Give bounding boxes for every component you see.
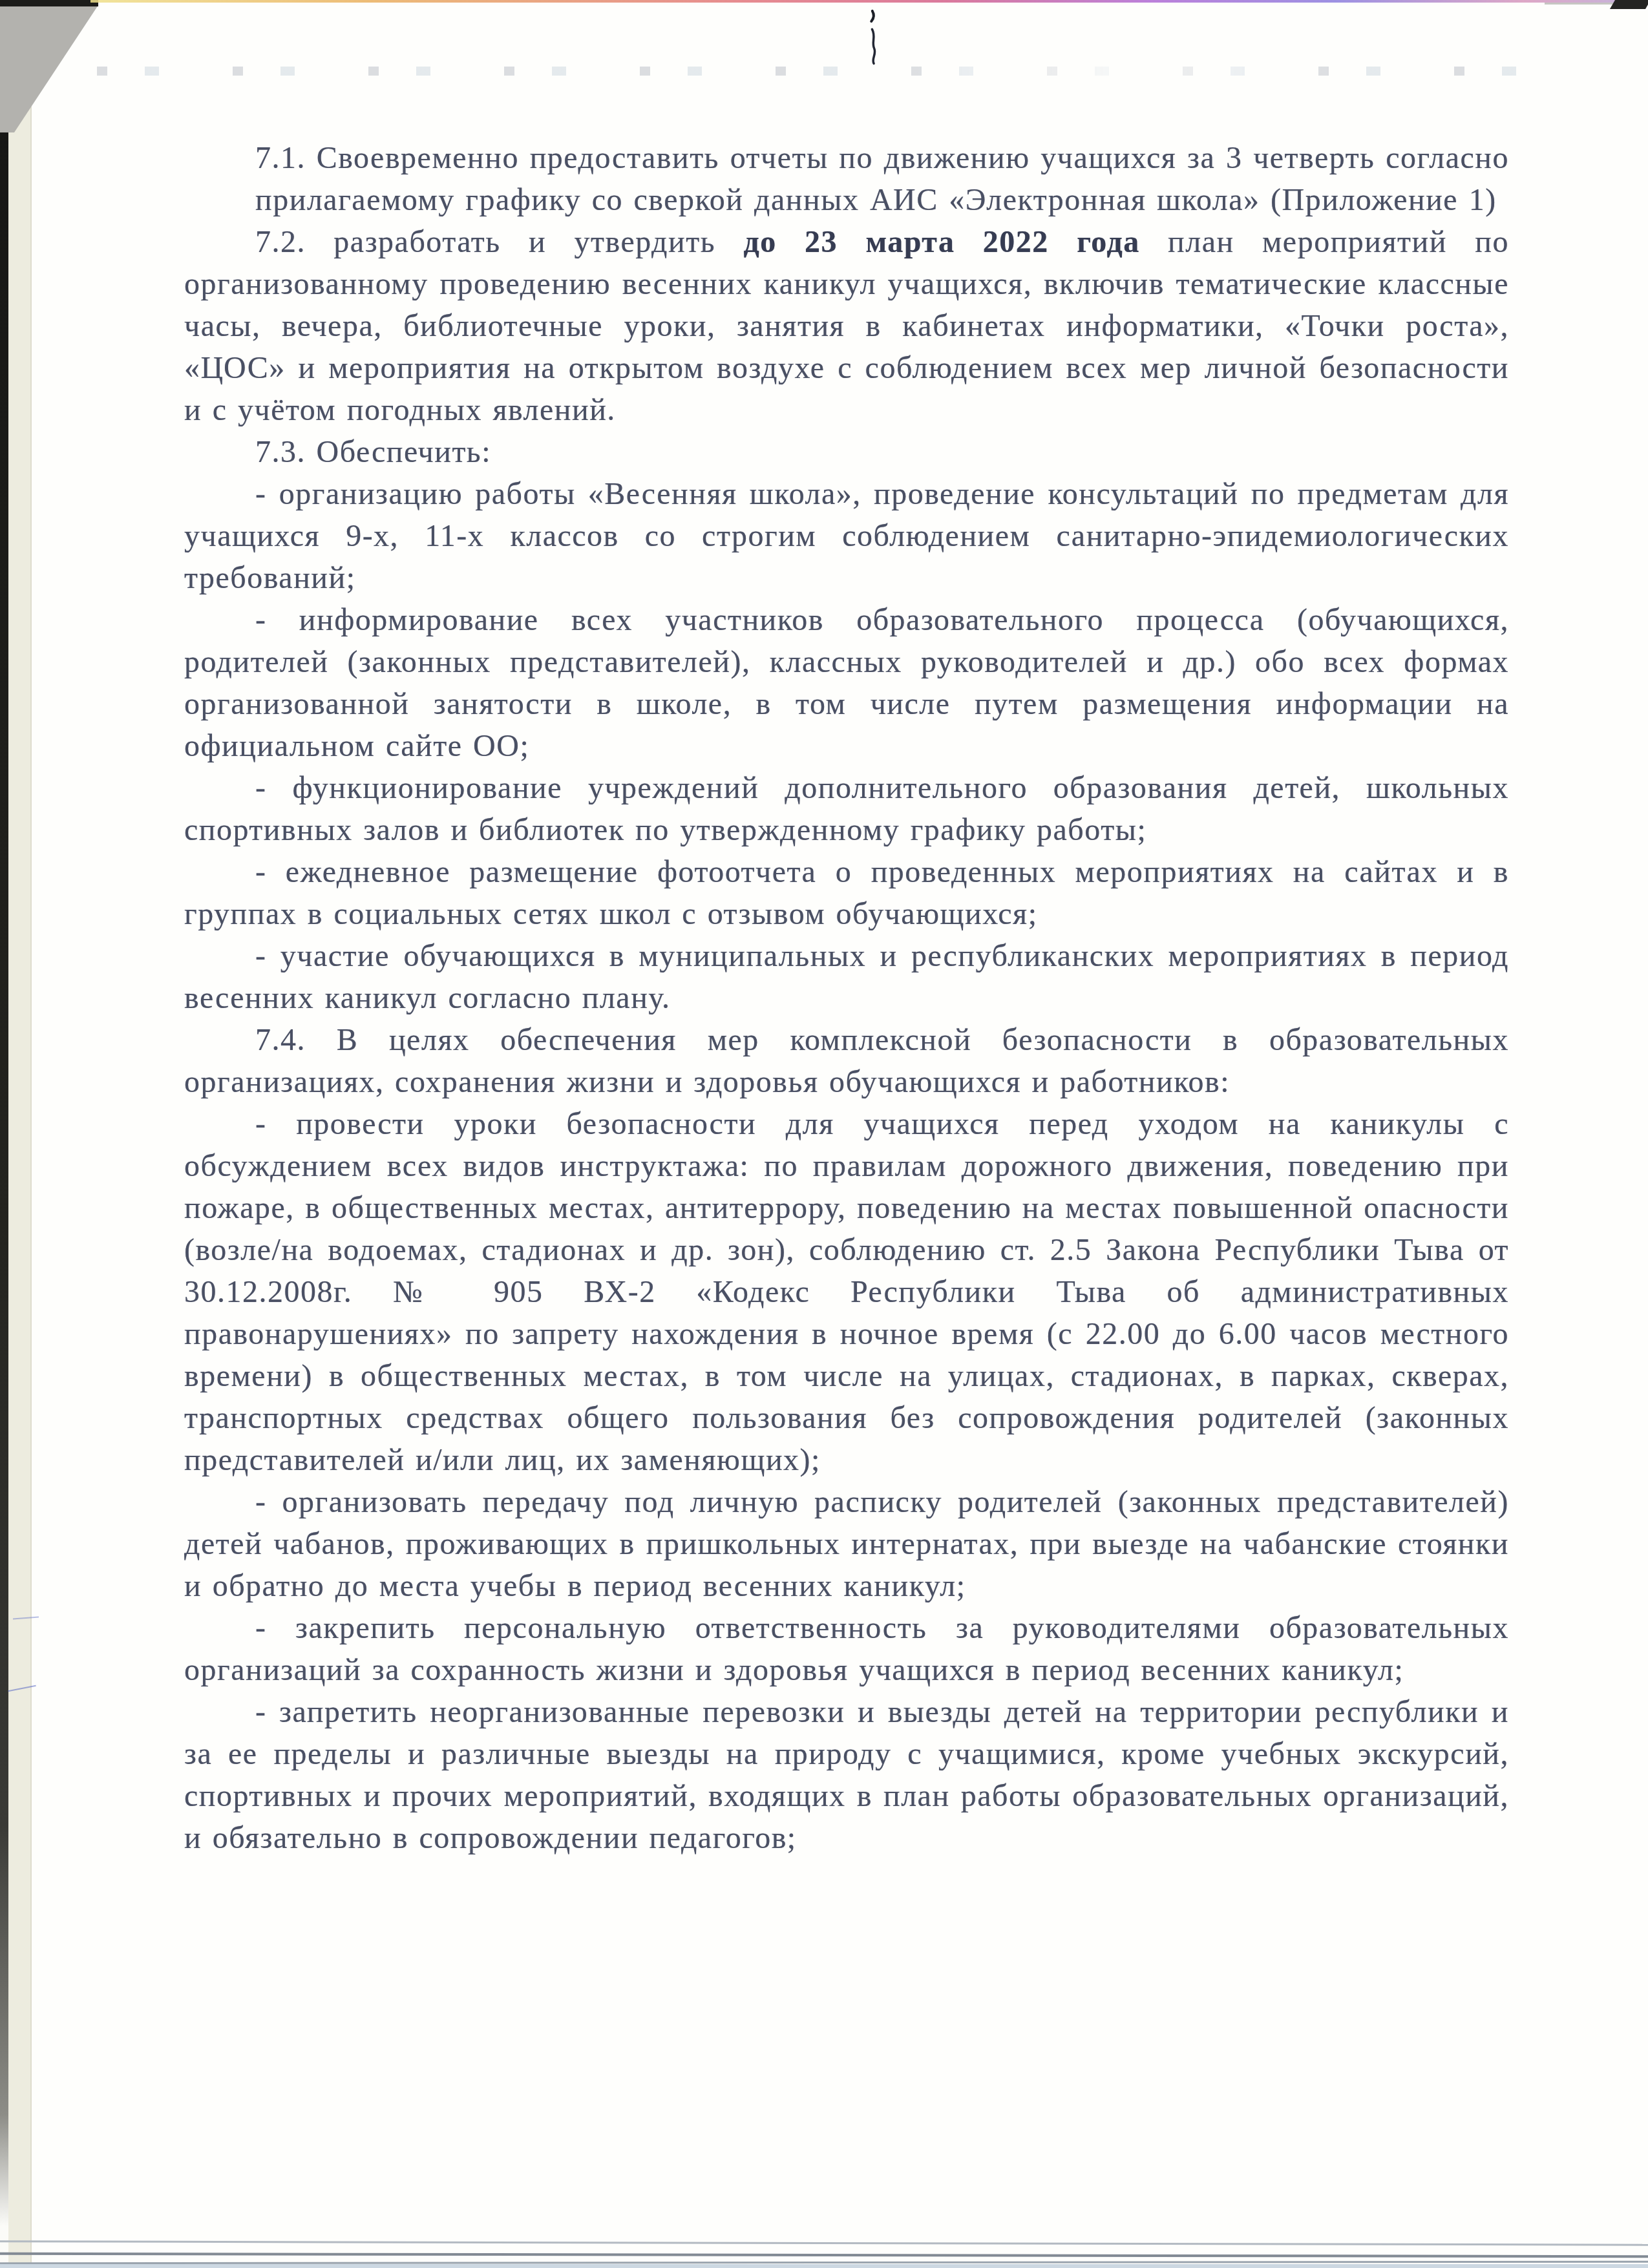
paragraph: 7.1. Своевременно предоставить отчеты по… xyxy=(255,137,1509,221)
scan-noise-row xyxy=(97,67,1558,76)
text-run: 7.2. разработать и утвердить xyxy=(255,225,743,259)
paragraph: - организовать передачу под личную распи… xyxy=(184,1481,1509,1607)
text-run: 7.3. Обеспечить: xyxy=(255,435,491,469)
paragraph: - ежедневное размещение фотоотчета о про… xyxy=(184,851,1509,935)
text-run: - организацию работы «Весенняя школа», п… xyxy=(184,477,1509,595)
paragraph: 7.3. Обеспечить: xyxy=(184,431,1509,473)
text-run: - информирование всех участников образов… xyxy=(184,603,1509,763)
paragraph: - провести уроки безопасности для учащих… xyxy=(184,1103,1509,1481)
document-text-block: 7.1. Своевременно предоставить отчеты по… xyxy=(184,137,1509,1859)
paragraph: - запретить неорганизованные перевозки и… xyxy=(184,1691,1509,1859)
paragraph: 7.4. В целях обеспечения мер комплексной… xyxy=(184,1019,1509,1103)
paragraph: - информирование всех участников образов… xyxy=(184,599,1509,767)
paragraph: 7.2. разработать и утвердить до 23 марта… xyxy=(184,221,1509,431)
text-run: - провести уроки безопасности для учащих… xyxy=(184,1107,1509,1477)
bottom-edge-strip xyxy=(0,2264,1648,2268)
scanner-edge-top-right xyxy=(1610,0,1648,9)
paragraph: - функционирование учреждений дополнител… xyxy=(184,767,1509,851)
text-run: - участие обучающихся в муниципальных и … xyxy=(184,939,1509,1015)
scan-gradient-line xyxy=(90,0,1648,3)
text-run: - закрепить персональную ответственность… xyxy=(184,1611,1509,1687)
text-run: - функционирование учреждений дополнител… xyxy=(184,771,1509,847)
paragraph: - участие обучающихся в муниципальных и … xyxy=(184,935,1509,1019)
scanner-edge-top-left xyxy=(0,0,98,6)
text-run: - запретить неорганизованные перевозки и… xyxy=(184,1695,1509,1855)
text-run: 7.4. В целях обеспечения мер комплексной… xyxy=(184,1023,1509,1099)
scanned-document-page: { "page": { "kind": "scanned-order-page"… xyxy=(0,0,1648,2268)
paragraph: - закрепить персональную ответственность… xyxy=(184,1607,1509,1691)
text-run: - ежедневное размещение фотоотчета о про… xyxy=(184,855,1509,931)
scanner-edge-left-bar xyxy=(0,0,8,2226)
text-run: - организовать передачу под личную распи… xyxy=(184,1485,1509,1603)
text-run: 7.1. Своевременно предоставить отчеты по… xyxy=(255,141,1509,217)
paragraph: - организацию работы «Весенняя школа», п… xyxy=(184,473,1509,599)
paper-edge-strip xyxy=(8,0,32,2268)
scan-smudge-top-right xyxy=(1545,3,1616,5)
bold-date-phrase: до 23 марта 2022 года xyxy=(743,225,1139,259)
